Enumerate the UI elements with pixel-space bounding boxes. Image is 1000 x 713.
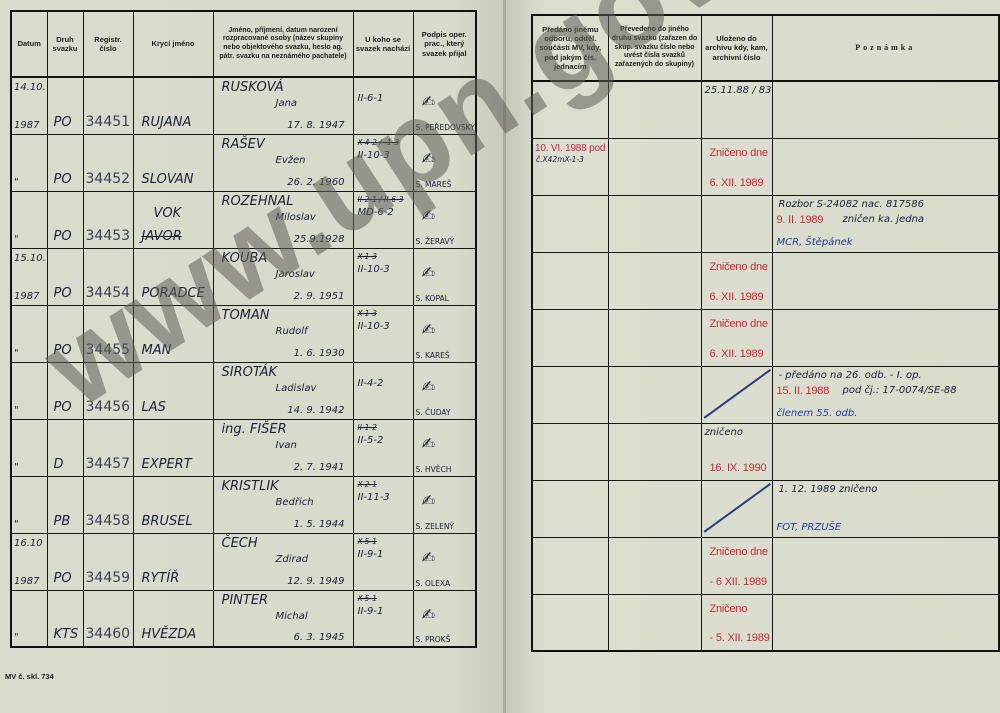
date-year: " xyxy=(14,462,19,473)
person-surname: KRISTLIK xyxy=(222,479,279,494)
location: II-5-2 xyxy=(358,435,384,446)
header-archived: Uloženo do archivu kdy, kam, archivní čí… xyxy=(701,15,772,81)
officer-name: S. PEŘEDOVSKÝ xyxy=(416,123,475,132)
date-year: " xyxy=(14,348,19,359)
officer-name: S. HVĚCH xyxy=(416,465,452,474)
person-surname: ROZEHNAL xyxy=(222,194,294,209)
location-cell: X-5-1 II-9-1 xyxy=(353,590,413,647)
file-type-cell: D xyxy=(47,419,83,476)
destroyed-stamp-date: 16. IX. 1990 xyxy=(710,462,767,474)
archive-cell xyxy=(701,366,772,423)
person-birth-date: 1. 5. 1944 xyxy=(294,519,345,530)
header-cover-name: Krycí jméno xyxy=(133,11,213,77)
table-row: zničeno 16. IX. 1990 xyxy=(532,423,999,480)
registration-cell: 34459 xyxy=(83,533,133,590)
file-type: PO xyxy=(54,229,72,244)
table-row: Zničeno dne 6. XII. 1989 xyxy=(532,252,999,309)
date-year: " xyxy=(14,632,19,643)
signature-icon: ✍ xyxy=(422,491,435,510)
registry-table-left: Datum Druh svazku Registr. číslo Krycí j… xyxy=(10,10,477,648)
location: II-9-1 xyxy=(358,606,384,617)
destroyed-stamp: Zničeno dne xyxy=(710,318,768,330)
cover-name-cell: LAS xyxy=(133,362,213,419)
header-handed-over: Předáno jinému odboru, odděl. součásti M… xyxy=(532,15,608,81)
person-birth-date: 2. 9. 1951 xyxy=(294,291,345,302)
table-row: 16.10 1987 PO 34459 RYTÍŘ ČECH Zdirad 12… xyxy=(11,533,476,590)
person-surname: KOUBA xyxy=(222,251,268,266)
handed-over-cell xyxy=(532,423,608,480)
cover-name: HVĚZDA xyxy=(142,627,197,642)
cover-name-cell: SLOVAN xyxy=(133,134,213,191)
cover-name-cell: RUJANA xyxy=(133,77,213,134)
signature-icon: ✍ xyxy=(422,434,435,453)
form-code: MV č. skl. 734 xyxy=(5,672,54,681)
table-row: Zničeno dne - 6 XII. 1989 xyxy=(532,537,999,594)
transferred-cell xyxy=(608,195,701,252)
registration-number: 34457 xyxy=(86,456,131,472)
cover-name-cell: PORADCE xyxy=(133,248,213,305)
signature-cell: ✍ S. HVĚCH xyxy=(413,419,476,476)
cover-name: BRUSEL xyxy=(142,514,193,529)
table-row: Zničeno - 5. XII. 1989 xyxy=(532,594,999,651)
transferred-cell xyxy=(608,252,701,309)
person-birth-date: 6. 3. 1945 xyxy=(294,632,345,643)
location-cell: II-1-2 II-5-2 xyxy=(353,419,413,476)
header-person-name: Jméno, příjmení, datum narození rozpraco… xyxy=(213,11,353,77)
registration-number: 34453 xyxy=(86,228,131,244)
note-line-1: Rozbor S-24082 nac. 817586 xyxy=(779,199,925,210)
date-year: " xyxy=(14,519,19,530)
signature-icon: ✍ xyxy=(422,605,435,624)
date-cell: " xyxy=(11,419,47,476)
signature-cell: ✍ S. ŽERAVÝ xyxy=(413,191,476,248)
person-birth-date: 2. 7. 1941 xyxy=(294,462,345,473)
location-old: X-5-1 xyxy=(358,537,377,546)
registry-table-right: Předáno jinému odboru, odděl. součásti M… xyxy=(531,14,1000,652)
registration-cell: 34455 xyxy=(83,305,133,362)
table-row: 1. 12. 1989 zničeno FOT, PRZUŠE xyxy=(532,480,999,537)
destroyed-stamp: Zničeno dne xyxy=(710,261,768,273)
date-day: 16.10 xyxy=(14,538,43,549)
header-officer-signature: Podpis oper. prac., který svazek přijal xyxy=(413,11,476,77)
cover-name-cell: HVĚZDA xyxy=(133,590,213,647)
person-cell: PINTER Michal 6. 3. 1945 xyxy=(213,590,353,647)
person-surname: PINTER xyxy=(222,593,269,608)
note-cell: - předáno na 26. odb. - I. op. 15. II. 1… xyxy=(772,366,999,423)
person-cell: RUSKOVÁ Jana 17. 8. 1947 xyxy=(213,77,353,134)
cover-name: PORADCE xyxy=(142,286,205,301)
signature-icon: ✍ xyxy=(422,149,435,168)
person-first-name: Bedřich xyxy=(276,497,314,508)
cover-name-cell: MAN xyxy=(133,305,213,362)
header-registration-number: Registr. číslo xyxy=(83,11,133,77)
person-birth-date: 14. 9. 1942 xyxy=(287,405,344,416)
header-date: Datum xyxy=(11,11,47,77)
person-birth-date: 26. 2. 1960 xyxy=(287,177,344,188)
archive-cell xyxy=(701,480,772,537)
person-birth-date: 12. 9. 1949 xyxy=(287,576,344,587)
signature-icon: ✍ xyxy=(422,263,435,282)
transferred-cell xyxy=(608,81,701,138)
table-row: " PO 34452 SLOVAN RAŠEV Evžen 26. 2. 196… xyxy=(11,134,476,191)
location-cell: II-4-2 xyxy=(353,362,413,419)
file-type-cell: PO xyxy=(47,191,83,248)
registration-cell: 34452 xyxy=(83,134,133,191)
transferred-cell xyxy=(608,366,701,423)
signature-icon: ✍ xyxy=(422,206,435,225)
signature-cell: ✍ S. ČUDAY xyxy=(413,362,476,419)
officer-name: S. ŽERAVÝ xyxy=(416,237,455,246)
file-type: PO xyxy=(54,571,72,586)
note-cell xyxy=(772,423,999,480)
signature-cell: ✍ S. ZELENÝ xyxy=(413,476,476,533)
cover-name: MAN xyxy=(142,343,172,358)
archive-handwritten: 25.11.88 / 839531 xyxy=(705,85,773,96)
officer-name: S. KAREŠ xyxy=(416,351,450,360)
table-row: 10. VI. 1988 pod č.X42mX-1-3 Zničeno dne… xyxy=(532,138,999,195)
table-row: Zničeno dne 6. XII. 1989 xyxy=(532,309,999,366)
cover-name-cell: RYTÍŘ xyxy=(133,533,213,590)
file-type: KTS xyxy=(54,627,79,642)
destroyed-stamp-date: 6. XII. 1989 xyxy=(710,291,764,303)
archive-cell: Zničeno dne 6. XII. 1989 xyxy=(701,252,772,309)
note-stamp: 15. II. 1988 xyxy=(777,385,830,397)
destroyed-stamp: Zničeno dne xyxy=(710,546,768,558)
location: MD-6-2 xyxy=(358,207,394,218)
date-cell: " xyxy=(11,134,47,191)
handed-over-stamp: 10. VI. 1988 pod xyxy=(535,143,605,154)
location-old: X-1-3 xyxy=(358,309,377,318)
table-row: " PO 34453 VOK JAVOR ROZEHNAL Miloslav 2… xyxy=(11,191,476,248)
signature-cell: ✍ S. KOPAL xyxy=(413,248,476,305)
cover-name: RYTÍŘ xyxy=(142,571,180,586)
note-cell xyxy=(772,81,999,138)
note-cell xyxy=(772,594,999,651)
location: II-6-1 xyxy=(358,93,384,104)
cover-name: EXPERT xyxy=(142,457,192,472)
transferred-cell xyxy=(608,423,701,480)
person-first-name: Ivan xyxy=(276,440,297,451)
file-type-cell: PO xyxy=(47,134,83,191)
person-first-name: Miloslav xyxy=(276,212,316,223)
file-type: PB xyxy=(54,514,71,529)
location: II-10-3 xyxy=(358,264,390,275)
archive-cell: Zničeno dne - 6 XII. 1989 xyxy=(701,537,772,594)
location-cell: II-2-1 / II-6-3 MD-6-2 xyxy=(353,191,413,248)
date-day: 14.10. xyxy=(14,82,46,93)
cover-name-new: VOK xyxy=(154,206,182,221)
person-surname: RUSKOVÁ xyxy=(222,80,284,95)
registration-number: 34454 xyxy=(86,285,131,301)
officer-name: S. ZELENÝ xyxy=(416,522,455,531)
note-cell: 1. 12. 1989 zničeno FOT, PRZUŠE xyxy=(772,480,999,537)
registration-number: 34456 xyxy=(86,399,131,415)
file-type-cell: PB xyxy=(47,476,83,533)
person-first-name: Ladislav xyxy=(276,383,317,394)
destroyed-stamp: Zničeno dne xyxy=(710,147,768,159)
date-year: " xyxy=(14,177,19,188)
table-row: " PO 34456 LAS SIROTÁK Ladislav 14. 9. 1… xyxy=(11,362,476,419)
officer-name: S. KOPAL xyxy=(416,294,449,303)
diagonal-strike xyxy=(703,369,770,418)
location: II-9-1 xyxy=(358,549,384,560)
header-note: Poznámka xyxy=(772,15,999,81)
file-type-cell: PO xyxy=(47,305,83,362)
signature-cell: ✍ S. PEŘEDOVSKÝ xyxy=(413,77,476,134)
officer-name: S. OLEXA xyxy=(416,579,451,588)
transferred-cell xyxy=(608,480,701,537)
location-cell: X-4-2 / -1-3 II-10-3 xyxy=(353,134,413,191)
person-first-name: Jana xyxy=(276,98,298,109)
location-old: II-1-2 xyxy=(358,423,377,432)
person-surname: ing. FIŠER xyxy=(222,422,287,437)
person-cell: SIROTÁK Ladislav 14. 9. 1942 xyxy=(213,362,353,419)
transferred-cell xyxy=(608,594,701,651)
handed-over-cell xyxy=(532,252,608,309)
file-type: PO xyxy=(54,286,72,301)
header-transferred: Převedeno do jiného druhu svazku (zařaze… xyxy=(608,15,701,81)
table-row: 14.10. 1987 PO 34451 RUJANA RUSKOVÁ Jana… xyxy=(11,77,476,134)
location-cell: X-1-3 II-10-3 xyxy=(353,305,413,362)
handed-over-cell xyxy=(532,537,608,594)
header-file-location: U koho se svazek nachází xyxy=(353,11,413,77)
archive-cell: Zničeno dne 6. XII. 1989 xyxy=(701,309,772,366)
archive-cell xyxy=(701,195,772,252)
registration-cell: 34451 xyxy=(83,77,133,134)
note-cell: Rozbor S-24082 nac. 817586 9. II. 1989 z… xyxy=(772,195,999,252)
location-cell: II-6-1 xyxy=(353,77,413,134)
registration-number: 34452 xyxy=(86,171,131,187)
note-line-2: pod čj.: 17-0074/SE-88 xyxy=(843,385,957,396)
person-surname: ČECH xyxy=(222,536,258,551)
cover-name-cell: VOK JAVOR xyxy=(133,191,213,248)
person-first-name: Michal xyxy=(276,611,308,622)
date-year: " xyxy=(14,405,19,416)
file-type: PO xyxy=(54,115,72,130)
signature-icon: ✍ xyxy=(422,548,435,567)
person-cell: KRISTLIK Bedřich 1. 5. 1944 xyxy=(213,476,353,533)
date-cell: 16.10 1987 xyxy=(11,533,47,590)
registration-number: 34451 xyxy=(86,114,131,130)
cover-name-cell: EXPERT xyxy=(133,419,213,476)
person-surname: RAŠEV xyxy=(222,137,265,152)
date-cell: " xyxy=(11,476,47,533)
note-stamp: 9. II. 1989 xyxy=(777,214,824,226)
cover-name: SLOVAN xyxy=(142,172,194,187)
table-row: " PO 34455 MAN TOMAN Rudolf 1. 6. 1930 X… xyxy=(11,305,476,362)
table-row: 25.11.88 / 839531 xyxy=(532,81,999,138)
note-cell xyxy=(772,252,999,309)
archive-cell: zničeno 16. IX. 1990 xyxy=(701,423,772,480)
handed-over-cell xyxy=(532,81,608,138)
archive-cell: Zničeno dne 6. XII. 1989 xyxy=(701,138,772,195)
handed-over-cell xyxy=(532,366,608,423)
registration-cell: 34456 xyxy=(83,362,133,419)
handed-over-cell: 10. VI. 1988 pod č.X42mX-1-3 xyxy=(532,138,608,195)
table-row: " PB 34458 BRUSEL KRISTLIK Bedřich 1. 5.… xyxy=(11,476,476,533)
location: II-11-3 xyxy=(358,492,390,503)
diagonal-strike xyxy=(703,483,770,532)
destroyed-stamp-date: 6. XII. 1989 xyxy=(710,177,764,189)
person-first-name: Evžen xyxy=(276,155,306,166)
book-gutter xyxy=(503,0,506,713)
person-surname: TOMAN xyxy=(222,308,270,323)
date-year: " xyxy=(14,234,19,245)
handed-over-cell xyxy=(532,480,608,537)
note-line-3: členem 55. odb. xyxy=(777,408,858,419)
person-birth-date: 25.9.1928 xyxy=(294,234,345,245)
file-type: PO xyxy=(54,172,72,187)
registration-cell: 34458 xyxy=(83,476,133,533)
officer-name: S. PROKŠ xyxy=(416,635,451,644)
registration-number: 34455 xyxy=(86,342,131,358)
note-cell xyxy=(772,138,999,195)
file-type: PO xyxy=(54,400,72,415)
note-cell xyxy=(772,309,999,366)
registration-cell: 34454 xyxy=(83,248,133,305)
file-type-cell: PO xyxy=(47,77,83,134)
date-cell: 15.10. 1987 xyxy=(11,248,47,305)
person-cell: ROZEHNAL Miloslav 25.9.1928 xyxy=(213,191,353,248)
archive-handwritten: zničeno xyxy=(705,427,743,438)
file-type: D xyxy=(54,457,64,472)
note-line-1: - předáno na 26. odb. - I. op. xyxy=(779,370,922,381)
transferred-cell xyxy=(608,138,701,195)
table-row: " D 34457 EXPERT ing. FIŠER Ivan 2. 7. 1… xyxy=(11,419,476,476)
table-row: - předáno na 26. odb. - I. op. 15. II. 1… xyxy=(532,366,999,423)
person-surname: SIROTÁK xyxy=(222,365,278,380)
location-cell: X-2-1 II-11-3 xyxy=(353,476,413,533)
person-birth-date: 1. 6. 1930 xyxy=(294,348,345,359)
date-cell: " xyxy=(11,191,47,248)
signature-icon: ✍ xyxy=(422,377,435,396)
header-file-type: Druh svazku xyxy=(47,11,83,77)
table-row: Rozbor S-24082 nac. 817586 9. II. 1989 z… xyxy=(532,195,999,252)
transferred-cell xyxy=(608,537,701,594)
destroyed-stamp-date: 6. XII. 1989 xyxy=(710,348,764,360)
date-cell: " xyxy=(11,362,47,419)
registration-cell: 34460 xyxy=(83,590,133,647)
file-type-cell: PO xyxy=(47,533,83,590)
location-cell: X-1-3 II-10-3 xyxy=(353,248,413,305)
registration-cell: 34457 xyxy=(83,419,133,476)
location-old: X-5-1 xyxy=(358,594,377,603)
registration-number: 34458 xyxy=(86,513,131,529)
person-birth-date: 17. 8. 1947 xyxy=(287,120,344,131)
file-type: PO xyxy=(54,343,72,358)
cover-name: RUJANA xyxy=(142,115,192,130)
table-row: " KTS 34460 HVĚZDA PINTER Michal 6. 3. 1… xyxy=(11,590,476,647)
date-cell: 14.10. 1987 xyxy=(11,77,47,134)
signature-cell: ✍ S. MAREŠ xyxy=(413,134,476,191)
cover-name-cell: BRUSEL xyxy=(133,476,213,533)
location: II-10-3 xyxy=(358,321,390,332)
registration-number: 34459 xyxy=(86,570,131,586)
registration-cell: 34453 xyxy=(83,191,133,248)
person-first-name: Zdirad xyxy=(276,554,309,565)
location: II-4-2 xyxy=(358,378,384,389)
signature-icon: ✍ xyxy=(422,92,435,111)
person-cell: ing. FIŠER Ivan 2. 7. 1941 xyxy=(213,419,353,476)
date-year: 1987 xyxy=(14,576,39,587)
handed-over-cell xyxy=(532,594,608,651)
location-cell: X-5-1 II-9-1 xyxy=(353,533,413,590)
signature-cell: ✍ S. KAREŠ xyxy=(413,305,476,362)
date-year: 1987 xyxy=(14,291,39,302)
note-line-3: MCR, Štěpánek xyxy=(777,237,853,248)
person-cell: KOUBA Jaroslav 2. 9. 1951 xyxy=(213,248,353,305)
date-cell: " xyxy=(11,305,47,362)
destroyed-stamp-date: - 5. XII. 1989 xyxy=(710,632,770,644)
officer-name: S. MAREŠ xyxy=(416,180,452,189)
signature-cell: ✍ S. PROKŠ xyxy=(413,590,476,647)
date-day: 15.10. xyxy=(14,253,46,264)
date-year: 1987 xyxy=(14,120,39,131)
registration-number: 34460 xyxy=(86,626,131,642)
location-old: X-4-2 / -1-3 xyxy=(358,138,400,147)
officer-name: S. ČUDAY xyxy=(416,408,451,417)
handed-over-cell xyxy=(532,195,608,252)
file-type-cell: PO xyxy=(47,362,83,419)
destroyed-stamp-date: - 6 XII. 1989 xyxy=(710,576,767,588)
location-old: X-1-3 xyxy=(358,252,377,261)
note-line-3: FOT, PRZUŠE xyxy=(777,522,842,533)
destroyed-stamp: Zničeno xyxy=(710,603,748,615)
location: II-10-3 xyxy=(358,150,390,161)
archive-cell: Zničeno - 5. XII. 1989 xyxy=(701,594,772,651)
signature-cell: ✍ S. OLEXA xyxy=(413,533,476,590)
file-type-cell: KTS xyxy=(47,590,83,647)
date-cell: " xyxy=(11,590,47,647)
cover-name: LAS xyxy=(142,400,166,415)
handed-over-ref: č.X42mX-1-3 xyxy=(536,155,584,164)
person-first-name: Jaroslav xyxy=(276,269,315,280)
location-old: X-2-1 xyxy=(358,480,377,489)
note-cell xyxy=(772,537,999,594)
location-old: II-2-1 / II-6-3 xyxy=(358,195,404,204)
cover-name: JAVOR xyxy=(142,229,182,244)
person-first-name: Rudolf xyxy=(276,326,308,337)
note-line-2: zničen ka. jedna xyxy=(843,214,925,225)
person-cell: RAŠEV Evžen 26. 2. 1960 xyxy=(213,134,353,191)
file-type-cell: PO xyxy=(47,248,83,305)
person-cell: ČECH Zdirad 12. 9. 1949 xyxy=(213,533,353,590)
note-line-1: 1. 12. 1989 zničeno xyxy=(779,484,878,495)
signature-icon: ✍ xyxy=(422,320,435,339)
transferred-cell xyxy=(608,309,701,366)
person-cell: TOMAN Rudolf 1. 6. 1930 xyxy=(213,305,353,362)
table-row: 15.10. 1987 PO 34454 PORADCE KOUBA Jaros… xyxy=(11,248,476,305)
handed-over-cell xyxy=(532,309,608,366)
archive-cell: 25.11.88 / 839531 xyxy=(701,81,772,138)
